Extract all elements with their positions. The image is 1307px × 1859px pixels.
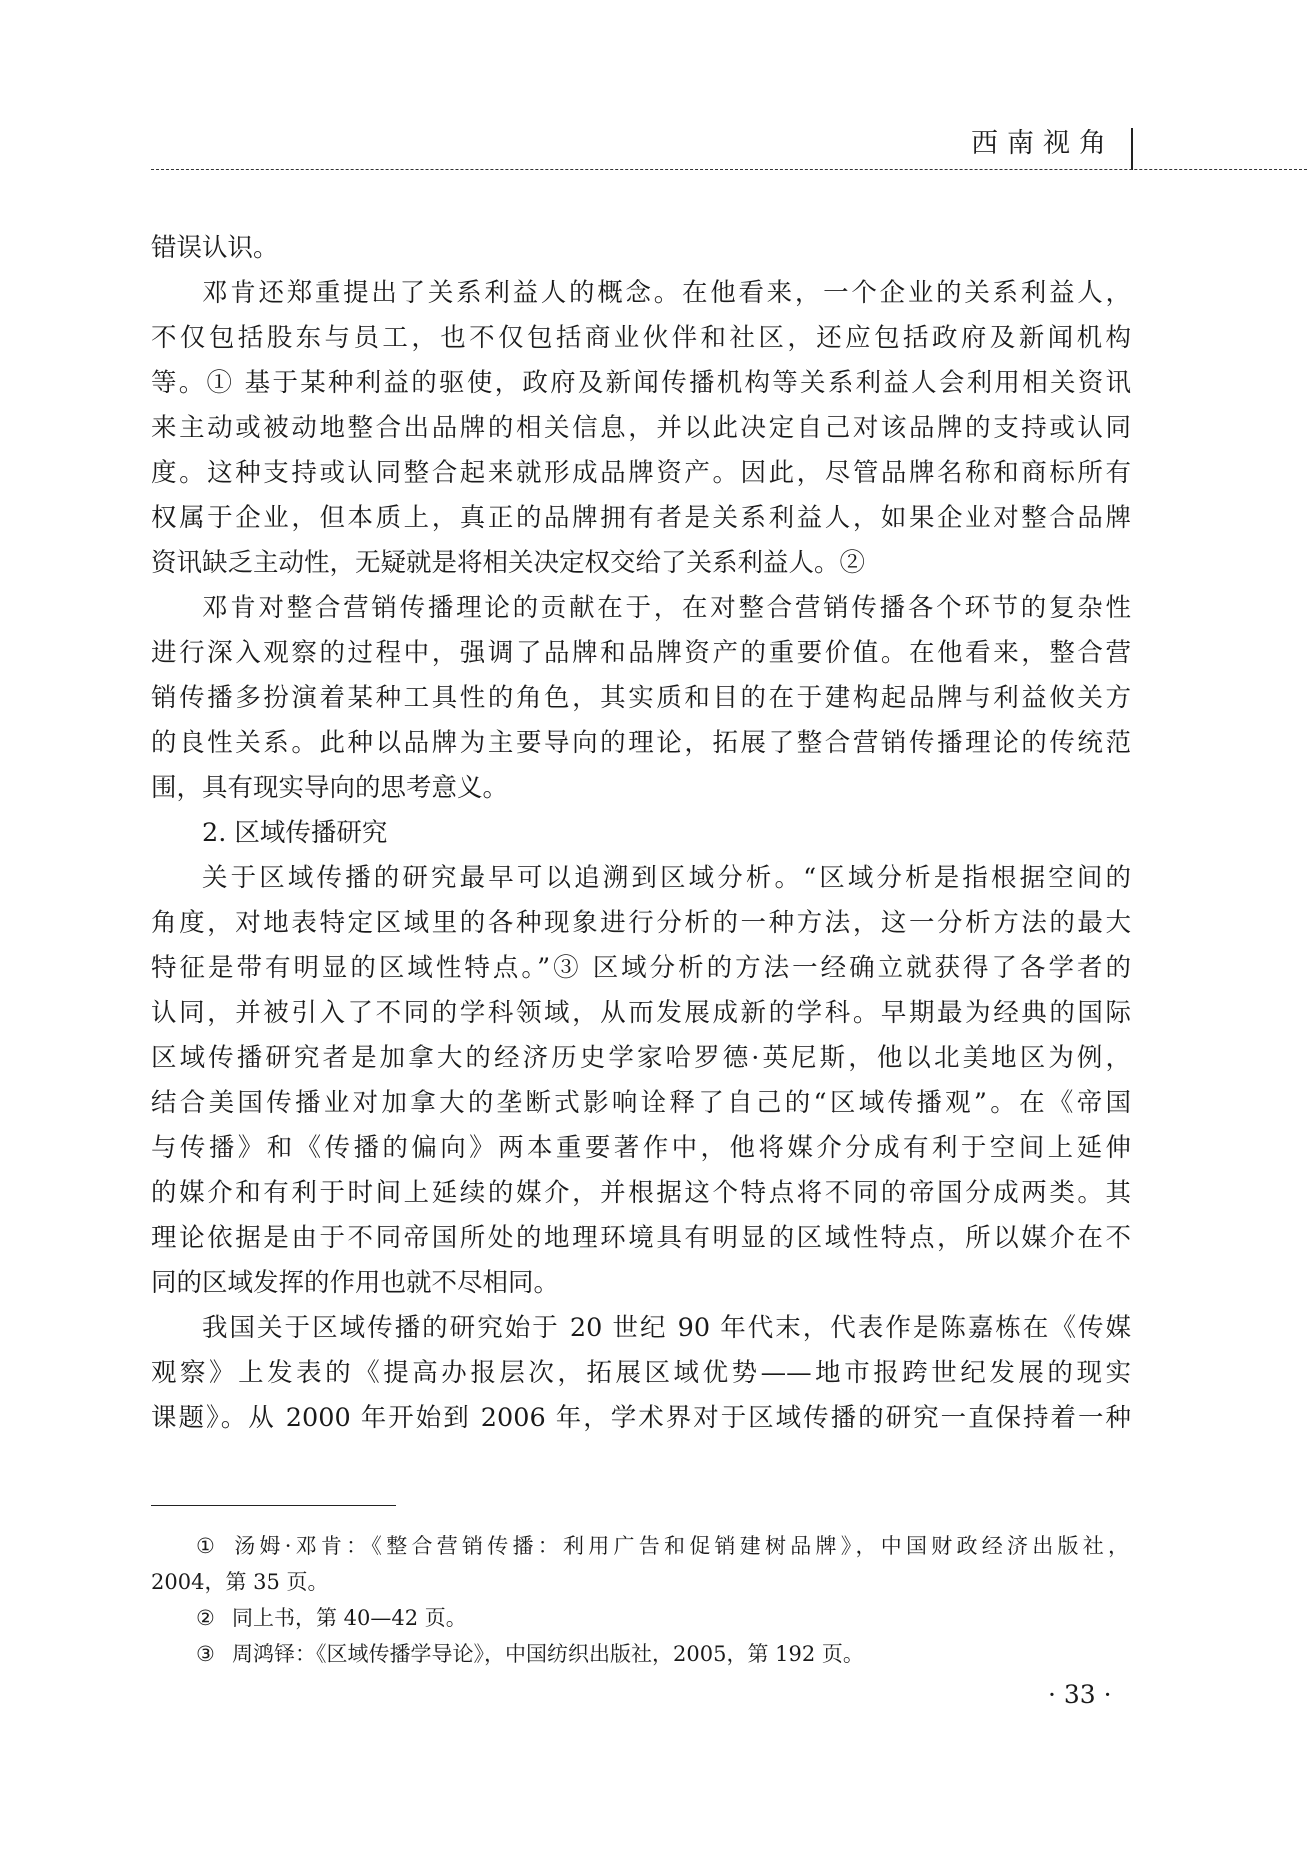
footnote-text: 周鸿铎：《区域传播学导论》，中国纺织出版社，2005，第 192 页。	[232, 1642, 864, 1666]
text-line: 错误认识。	[151, 226, 1131, 271]
header-vertical-rule	[1131, 128, 1133, 170]
text-line: 课题》。从 2000 年开始到 2006 年，学术界对于区域传播的研究一直保持着…	[151, 1396, 1131, 1441]
text-line: 邓肯还郑重提出了关系利益人的概念。在他看来，一个企业的关系利益人，	[151, 271, 1131, 316]
running-head: 西南视角	[0, 0, 1307, 175]
text-line: 进行深入观察的过程中，强调了品牌和品牌资产的重要价值。在他看来，整合营	[151, 631, 1131, 676]
text-line: 角度，对地表特定区域里的各种现象进行分析的一种方法，这一分析方法的最大	[151, 901, 1131, 946]
text-line: 区域传播研究者是加拿大的经济历史学家哈罗德·英尼斯，他以北美地区为例，	[151, 1036, 1131, 1081]
text-line: 围，具有现实导向的思考意义。	[151, 766, 1131, 811]
footnote-1-continuation: 2004，第 35 页。	[151, 1564, 1131, 1600]
text-line: 理论依据是由于不同帝国所处的地理环境具有明显的区域性特点，所以媒介在不	[151, 1216, 1131, 1261]
body-text: 错误认识。邓肯还郑重提出了关系利益人的概念。在他看来，一个企业的关系利益人，不仅…	[151, 226, 1131, 1441]
text-line: 与传播》和《传播的偏向》两本重要著作中，他将媒介分成有利于空间上延伸	[151, 1126, 1131, 1171]
text-line: 关于区域传播的研究最早可以追溯到区域分析。“区域分析是指根据空间的	[151, 856, 1131, 901]
text-line: 结合美国传播业对加拿大的垄断式影响诠释了自己的“区域传播观”。在《帝国	[151, 1081, 1131, 1126]
footnote-2: ②同上书，第 40—42 页。	[151, 1600, 1131, 1636]
text-line: 不仅包括股东与员工，也不仅包括商业伙伴和社区，还应包括政府及新闻机构	[151, 316, 1131, 361]
footnote-mark: ③	[196, 1636, 232, 1672]
text-line: 来主动或被动地整合出品牌的相关信息，并以此决定自己对该品牌的支持或认同	[151, 406, 1131, 451]
footnote-1: ①汤姆·邓肯：《整合营销传播：利用广告和促销建树品牌》，中国财政经济出版社，	[151, 1528, 1131, 1564]
text-line: 2. 区域传播研究	[151, 811, 1131, 856]
text-line: 销传播多扮演着某种工具性的角色，其实质和目的在于建构起品牌与利益攸关方	[151, 676, 1131, 721]
text-line: 我国关于区域传播的研究始于 20 世纪 90 年代末，代表作是陈嘉栋在《传媒	[151, 1306, 1131, 1351]
footnote-mark: ①	[196, 1528, 232, 1564]
text-line: 资讯缺乏主动性，无疑就是将相关决定权交给了关系利益人。②	[151, 541, 1131, 586]
text-line: 认同，并被引入了不同的学科领域，从而发展成新的学科。早期最为经典的国际	[151, 991, 1131, 1036]
page-number: · 33 ·	[1048, 1680, 1112, 1710]
footnote-separator	[151, 1505, 396, 1506]
text-line: 的媒介和有利于时间上延续的媒介，并根据这个特点将不同的帝国分成两类。其	[151, 1171, 1131, 1216]
text-line: 权属于企业，但本质上，真正的品牌拥有者是关系利益人，如果企业对整合品牌	[151, 496, 1131, 541]
footnote-text: 同上书，第 40—42 页。	[232, 1606, 467, 1630]
text-line: 观察》上发表的《提高办报层次，拓展区域优势——地市报跨世纪发展的现实	[151, 1351, 1131, 1396]
text-line: 等。① 基于某种利益的驱使，政府及新闻传播机构等关系利益人会利用相关资讯	[151, 361, 1131, 406]
footnotes: ①汤姆·邓肯：《整合营销传播：利用广告和促销建树品牌》，中国财政经济出版社， 2…	[151, 1528, 1131, 1672]
section-title: 西南视角	[971, 128, 1115, 160]
footnote-mark: ②	[196, 1600, 232, 1636]
text-line: 度。这种支持或认同整合起来就形成品牌资产。因此，尽管品牌名称和商标所有	[151, 451, 1131, 496]
text-line: 邓肯对整合营销传播理论的贡献在于，在对整合营销传播各个环节的复杂性	[151, 586, 1131, 631]
text-line: 特征是带有明显的区域性特点。”③ 区域分析的方法一经确立就获得了各学者的	[151, 946, 1131, 991]
footnote-text: 汤姆·邓肯：《整合营销传播：利用广告和促销建树品牌》，中国财政经济出版社，	[232, 1534, 1131, 1558]
text-line: 的良性关系。此种以品牌为主要导向的理论，拓展了整合营销传播理论的传统范	[151, 721, 1131, 766]
header-dashed-rule	[151, 169, 1307, 170]
footnote-3: ③周鸿铎：《区域传播学导论》，中国纺织出版社，2005，第 192 页。	[151, 1636, 1131, 1672]
text-line: 同的区域发挥的作用也就不尽相同。	[151, 1261, 1131, 1306]
